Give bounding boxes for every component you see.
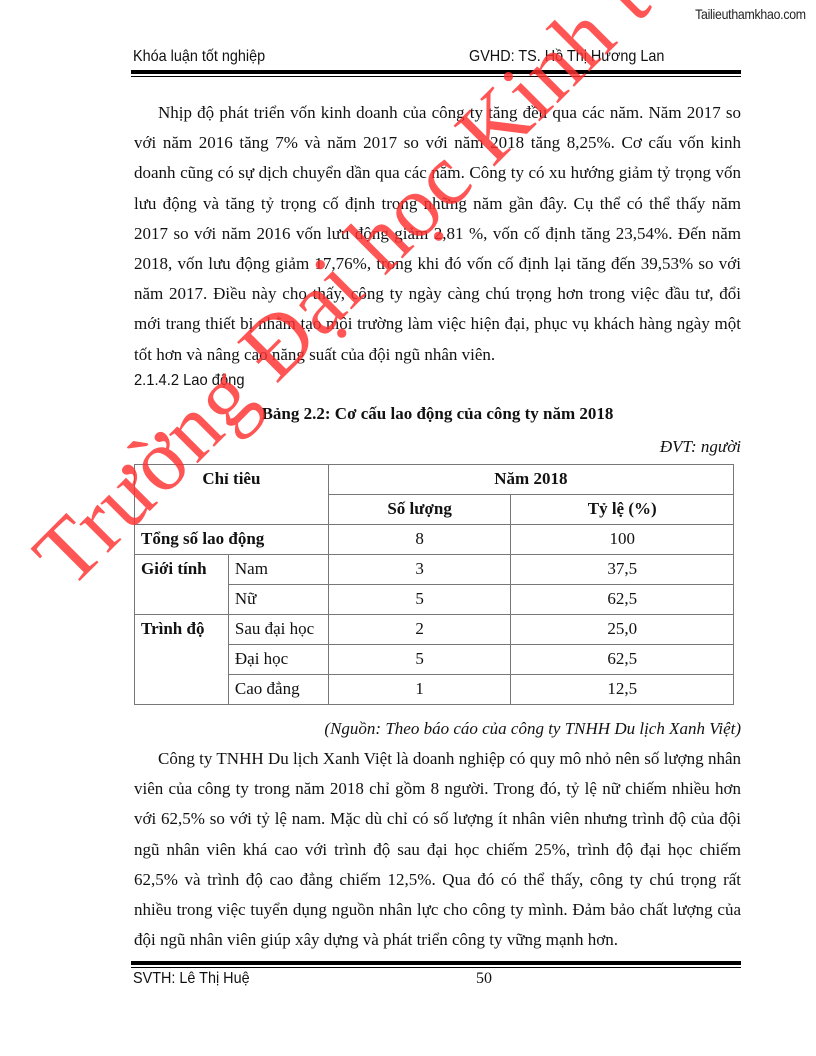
- footer-rule-thick: [131, 961, 741, 965]
- header-indicator: Chỉ tiêu: [135, 465, 329, 525]
- table-row-total: Tổng số lao động 8 100: [135, 525, 734, 555]
- row-label: Sau đại học: [228, 615, 328, 645]
- paragraph-capital: Nhịp độ phát triển vốn kinh doanh của cô…: [134, 98, 741, 370]
- row-label: Nữ: [228, 585, 328, 615]
- header-rule-thin: [131, 76, 741, 77]
- footer-student: SVTH: Lê Thị Huệ: [133, 970, 250, 988]
- table-source: (Nguồn: Theo báo cáo của công ty TNHH Du…: [324, 719, 741, 739]
- group-label-gender: Giới tính: [135, 555, 229, 615]
- row-label: Đại học: [228, 645, 328, 675]
- header-ratio: Tỷ lệ (%): [511, 495, 734, 525]
- page-number: 50: [476, 970, 492, 988]
- header-year: Năm 2018: [328, 465, 733, 495]
- section-heading: 2.1.4.2 Lao động: [134, 372, 245, 390]
- labor-structure-table: Chỉ tiêu Năm 2018 Số lượng Tỷ lệ (%) Tổn…: [134, 464, 734, 705]
- group-label-education: Trình độ: [135, 615, 229, 705]
- total-label: Tổng số lao động: [135, 525, 329, 555]
- paragraph-labor: Công ty TNHH Du lịch Xanh Việt là doanh …: [134, 744, 741, 955]
- table-title: Bảng 2.2: Cơ cấu lao động của công ty nă…: [134, 404, 741, 424]
- row-ratio: 12,5: [511, 675, 734, 705]
- header-count: Số lượng: [328, 495, 511, 525]
- header-rule-thick: [131, 70, 741, 74]
- header-thesis-label: Khóa luận tốt nghiệp: [133, 48, 265, 66]
- total-ratio: 100: [511, 525, 734, 555]
- table-header-row: Chỉ tiêu Năm 2018: [135, 465, 734, 495]
- row-label: Cao đẳng: [228, 675, 328, 705]
- row-count: 3: [328, 555, 511, 585]
- row-count: 1: [328, 675, 511, 705]
- table-row: Giới tính Nam 3 37,5: [135, 555, 734, 585]
- row-ratio: 37,5: [511, 555, 734, 585]
- row-count: 5: [328, 585, 511, 615]
- footer-rule-thin: [131, 967, 741, 968]
- row-ratio: 62,5: [511, 645, 734, 675]
- table-unit: ĐVT: người: [660, 437, 741, 457]
- total-count: 8: [328, 525, 511, 555]
- paragraph-text: Nhịp độ phát triển vốn kinh doanh của cô…: [134, 98, 741, 370]
- page-header: Khóa luận tốt nghiệp GVHD: TS. Hồ Thị Hư…: [133, 48, 742, 70]
- table-row: Trình độ Sau đại học 2 25,0: [135, 615, 734, 645]
- header-advisor: GVHD: TS. Hồ Thị Hương Lan: [469, 48, 664, 66]
- row-count: 2: [328, 615, 511, 645]
- row-count: 5: [328, 645, 511, 675]
- row-ratio: 62,5: [511, 585, 734, 615]
- row-ratio: 25,0: [511, 615, 734, 645]
- paragraph-text: Công ty TNHH Du lịch Xanh Việt là doanh …: [134, 744, 741, 955]
- row-label: Nam: [228, 555, 328, 585]
- site-watermark-tag: Tailieuthamkhao.com: [695, 6, 806, 22]
